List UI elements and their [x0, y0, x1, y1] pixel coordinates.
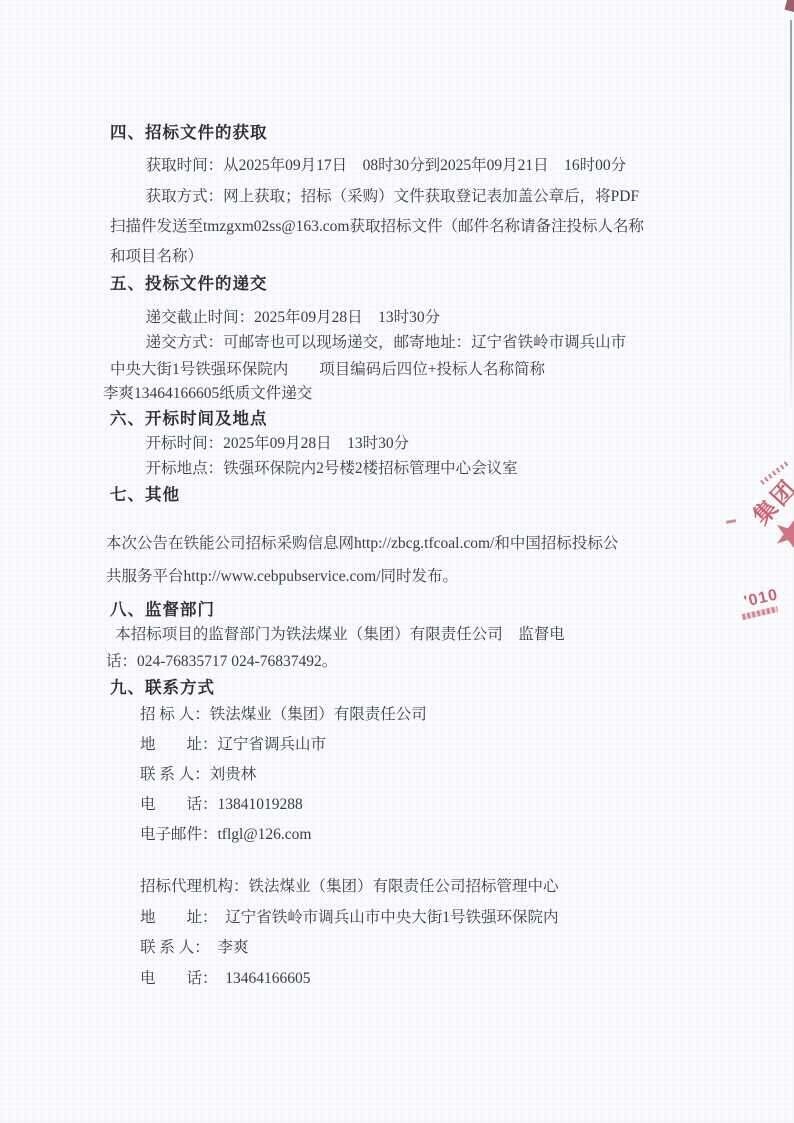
supervision-department: 本招标项目的监督部门为铁法煤业（集团）有限责任公司 监督电话：024-76835…	[106, 621, 571, 675]
agency-phone-row: 电 话： 13464166605	[140, 964, 670, 995]
publication-notice: 本次公告在铁能公司招标采购信息网http://zbcg.tfcoal.com/和…	[106, 527, 621, 593]
section-heading-9: 九、联系方式	[110, 673, 670, 702]
acquisition-time: 获取时间：从2025年09月17日 08时30分到2025年09月21日 16时…	[110, 151, 670, 180]
submission-method: 递交方式：可邮寄也可以现场递交，邮寄地址：辽宁省铁岭市调兵山市中央大街1号铁强环…	[110, 329, 632, 383]
section-heading-8: 八、监督部门	[110, 595, 670, 624]
scan-corner-mark	[785, 0, 794, 12]
tenderer-email-row: 电子邮件：tflgl@126.com	[140, 820, 670, 850]
document-page: 四、招标文件的获取 获取时间：从2025年09月17日 08时30分到2025年…	[0, 0, 794, 1123]
section-heading-5: 五、投标文件的递交	[110, 269, 670, 298]
agency-name-row: 招标代理机构：铁法煤业（集团）有限责任公司招标管理中心	[140, 872, 670, 903]
tenderer-phone-row: 电 话：13841019288	[140, 790, 670, 820]
seal-rim-dash	[726, 519, 736, 524]
tenderer-contact-person-row: 联 系 人：刘贵林	[140, 760, 670, 790]
opening-location: 开标地点：铁强环保院内2号楼2楼招标管理中心会议室	[110, 454, 670, 483]
section-heading-7: 七、其他	[110, 480, 670, 509]
agency-contact-person-row: 联 系 人： 李爽	[140, 933, 670, 964]
tenderer-address-row: 地 址：辽宁省调兵山市	[140, 730, 670, 760]
submission-deadline: 递交截止时间：2025年09月28日 13时30分	[110, 303, 670, 332]
agency-address-row: 地 址： 辽宁省铁岭市调兵山市中央大街1号铁强环保院内	[140, 903, 670, 934]
scan-edge-shadow	[790, 20, 792, 415]
tenderer-contact-block: 招 标 人：铁法煤业（集团）有限责任公司 地 址：辽宁省调兵山市 联 系 人：刘…	[110, 700, 670, 850]
agency-contact-block: 招标代理机构：铁法煤业（集团）有限责任公司招标管理中心 地 址： 辽宁省铁岭市调…	[110, 872, 670, 994]
tenderer-name-row: 招 标 人：铁法煤业（集团）有限责任公司	[140, 700, 670, 730]
company-seal-stamp: 集团 ★ '010	[722, 462, 794, 647]
acquisition-method: 获取方式：网上获取；招标（采购）文件获取登记表加盖公章后，将PDF扫描件发送至t…	[110, 182, 645, 272]
section-heading-4: 四、招标文件的获取	[110, 118, 670, 147]
